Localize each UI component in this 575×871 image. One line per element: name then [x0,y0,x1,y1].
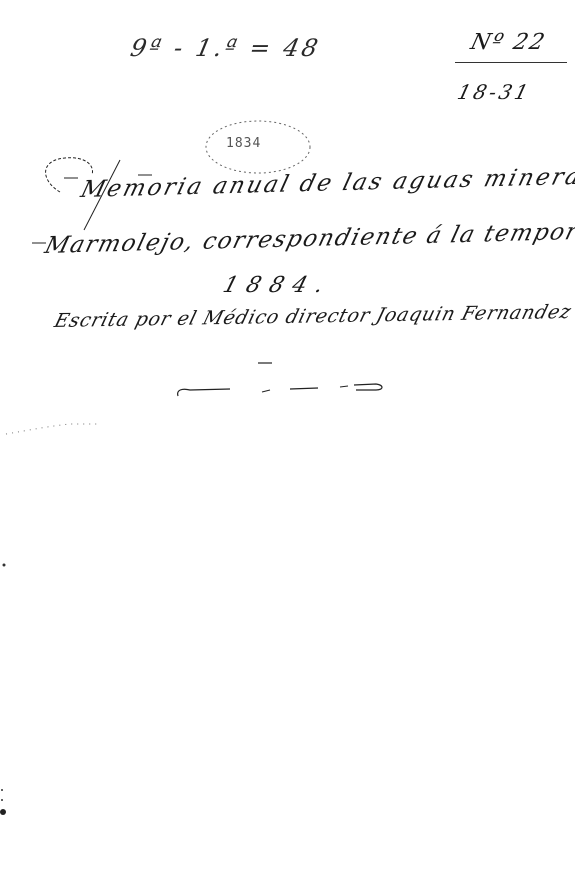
catalog-divider [455,62,567,63]
reference-code: 9ª - 1.ª = 48 [128,34,323,62]
title-year: 1884. [220,273,335,298]
catalog-subnumber: 18-31 [455,80,534,104]
archive-stamp: 1834 [226,136,261,151]
catalog-number: Nº 22 [468,30,549,55]
ink-flourishes [0,0,575,871]
manuscript-page: 9ª - 1.ª = 48 Nº 22 18-31 1834 Memoria a… [0,0,575,871]
